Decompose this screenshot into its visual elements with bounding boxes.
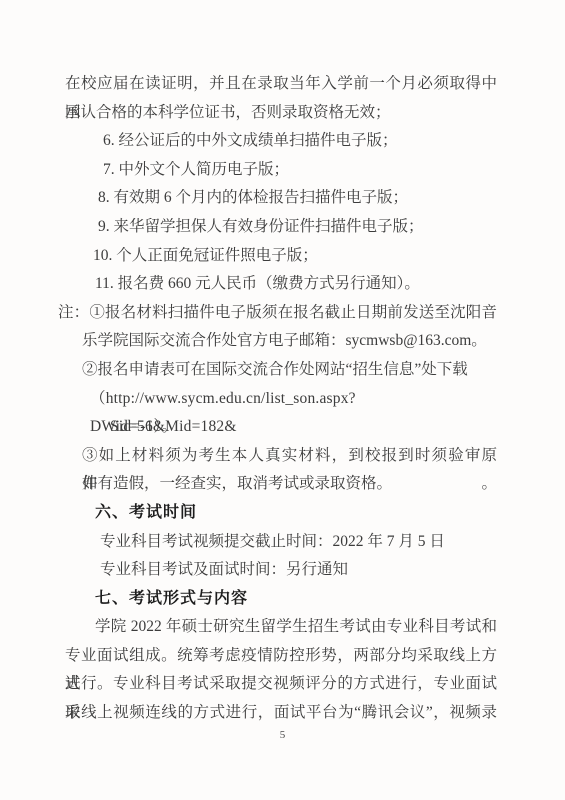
section-heading-exam-format: 七、考试形式与内容 [95, 585, 497, 614]
document-page: 在校应届在读证明，并且在录取当年入学前一个月必须取得中国 承认合格的本科学位证书… [0, 0, 565, 800]
note-line: 注：①报名材料扫描件电子版须在报名截止日期前发送至沈阳音 [58, 299, 497, 328]
list-item-11: 11. 报名费 660 元人民币（缴费方式另行通知）。 [95, 270, 497, 299]
paragraph-line: 在校应届在读证明，并且在录取当年入学前一个月必须取得中国 [65, 70, 497, 99]
list-item-9: 9. 来华留学担保人有效身份证件扫描件电子版； [98, 213, 497, 242]
note-line-email: 乐学院国际交流合作处官方电子邮箱：sycmwsb@163.com。 [82, 327, 497, 356]
body-line: 进行。专业科目考试采取提交视频评分的方式进行，专业面试采 [65, 670, 497, 699]
body-line: 专业科目考试及面试时间：另行通知 [100, 556, 497, 585]
body-line: 取线上视频连线的方式进行，面试平台为“腾讯会议”，视频录 [65, 699, 497, 728]
note-line: ②报名申请表可在国际交流合作处网站“招生信息”处下载 [82, 356, 497, 385]
list-item-7: 7. 中外文个人简历电子版； [103, 156, 497, 185]
note-line-url: （http://www.sycm.edu.cn/list_son.aspx?DW… [90, 385, 497, 414]
note-line-url: Sid=-1）。 [110, 413, 497, 442]
list-item-8: 8. 有效期 6 个月内的体检报告扫描件电子版； [98, 184, 497, 213]
page-number: 5 [0, 729, 565, 741]
note-line: ③如上材料须为考生本人真实材料，到校报到时须验审原件。 [82, 442, 497, 471]
document-text-block: 在校应届在读证明，并且在录取当年入学前一个月必须取得中国 承认合格的本科学位证书… [65, 70, 497, 728]
list-item-10: 10. 个人正面免冠证件照电子版； [93, 242, 497, 271]
section-heading-exam-time: 六、考试时间 [95, 499, 497, 528]
list-item-6: 6. 经公证后的中外文成绩单扫描件电子版； [103, 127, 497, 156]
paragraph-line: 承认合格的本科学位证书，否则录取资格无效； [65, 99, 497, 128]
body-line: 专业面试组成。统筹考虑疫情防控形势，两部分均采取线上方式 [65, 642, 497, 671]
body-line: 学院 2022 年硕士研究生留学生招生考试由专业科目考试和 [95, 613, 497, 642]
body-line: 专业科目考试视频提交截止时间：2022 年 7 月 5 日 [100, 528, 497, 557]
